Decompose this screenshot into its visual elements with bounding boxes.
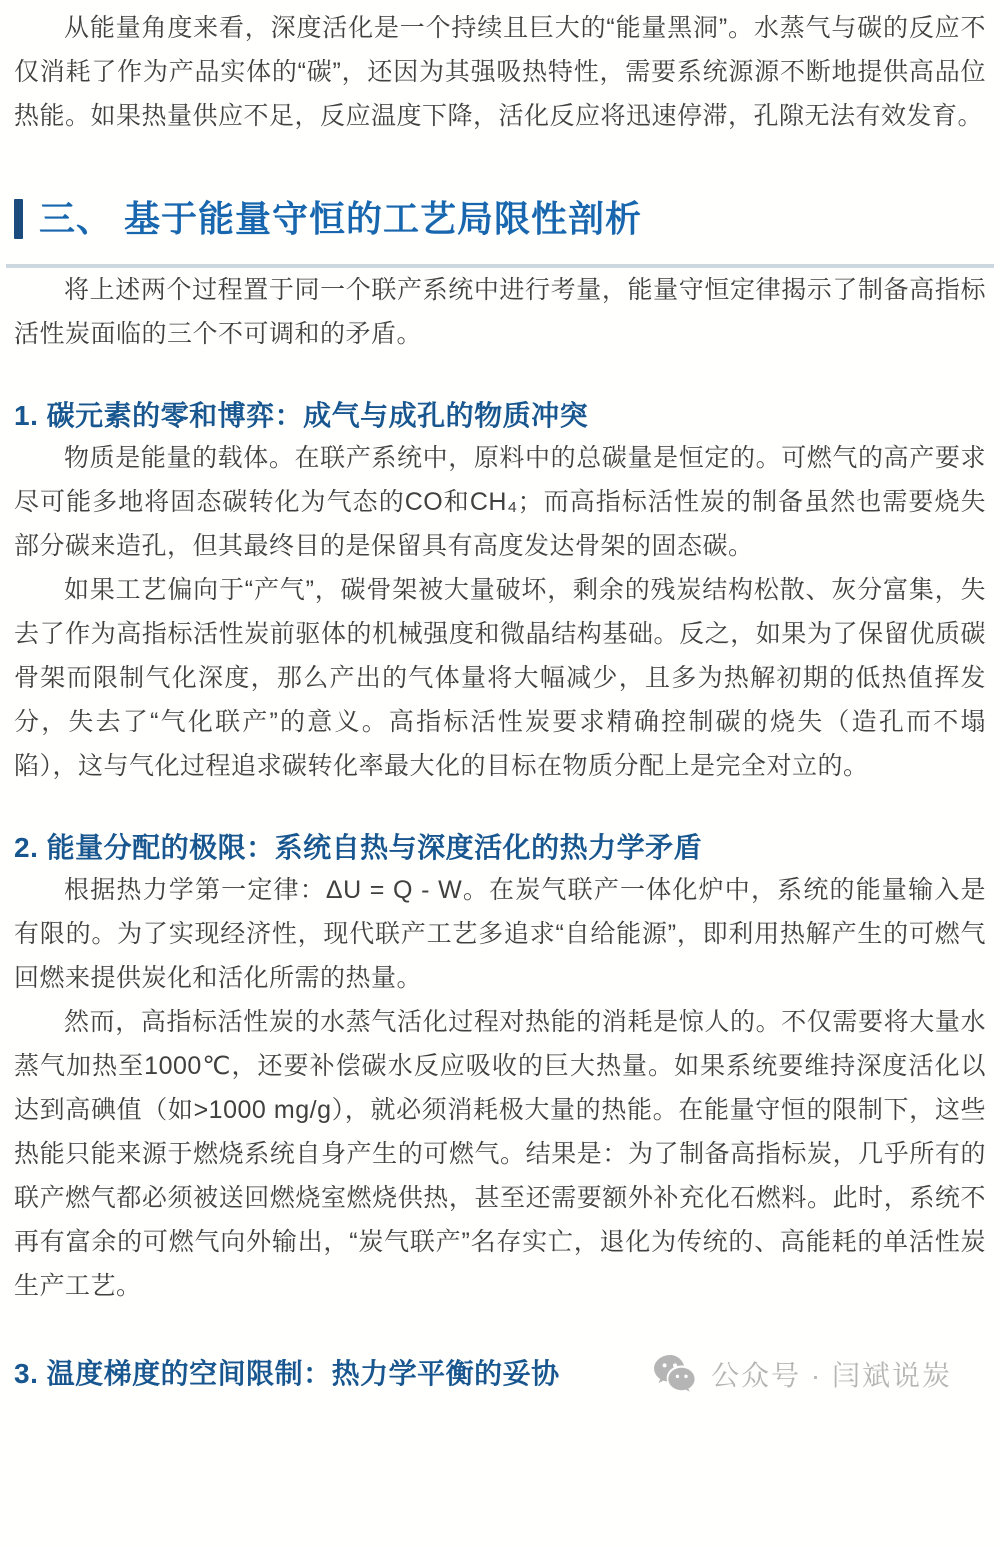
subsection-1-paragraph-1: 物质是能量的载体。在联产系统中，原料中的总碳量是恒定的。可燃气的高产要求尽可能多… [14, 436, 986, 568]
watermark-text: 公众号 · 闫斌说炭 [711, 1354, 952, 1394]
section-heading: 三、 基于能量守恒的工艺局限性剖析 [14, 194, 986, 244]
subsection-1-paragraph-2: 如果工艺偏向于“产气”，碳骨架被大量破坏，剩余的残炭结构松散、灰分富集，失去了作… [14, 568, 986, 788]
intro-paragraph: 从能量角度来看，深度活化是一个持续且巨大的“能量黑洞”。水蒸气与碳的反应不仅消耗… [14, 6, 986, 138]
section-heading-text: 三、 基于能量守恒的工艺局限性剖析 [39, 194, 642, 244]
subheading-1: 1. 碳元素的零和博弈：成气与成孔的物质冲突 [14, 396, 986, 436]
watermark: 公众号 · 闫斌说炭 [653, 1354, 986, 1394]
subheading-2: 2. 能量分配的极限：系统自热与深度活化的热力学矛盾 [14, 828, 986, 868]
article-page: 从能量角度来看，深度活化是一个持续且巨大的“能量黑洞”。水蒸气与碳的反应不仅消耗… [0, 0, 1000, 1547]
footer-row: 3. 温度梯度的空间限制：热力学平衡的妥协 公众号 · 闫斌说炭 [14, 1354, 986, 1394]
section-lead-paragraph: 将上述两个过程置于同一个联产系统中进行考量，能量守恒定律揭示了制备高指标活性炭面… [14, 268, 986, 356]
wechat-icon [653, 1354, 699, 1394]
subsection-2-paragraph-2: 然而，高指标活性炭的水蒸气活化过程对热能的消耗是惊人的。不仅需要将大量水蒸气加热… [14, 1000, 986, 1308]
heading-accent-bar-icon [14, 199, 23, 239]
subheading-3: 3. 温度梯度的空间限制：热力学平衡的妥协 [14, 1354, 560, 1394]
subsection-2-paragraph-1: 根据热力学第一定律：ΔU = Q - W。在炭气联产一体化炉中，系统的能量输入是… [14, 868, 986, 1000]
